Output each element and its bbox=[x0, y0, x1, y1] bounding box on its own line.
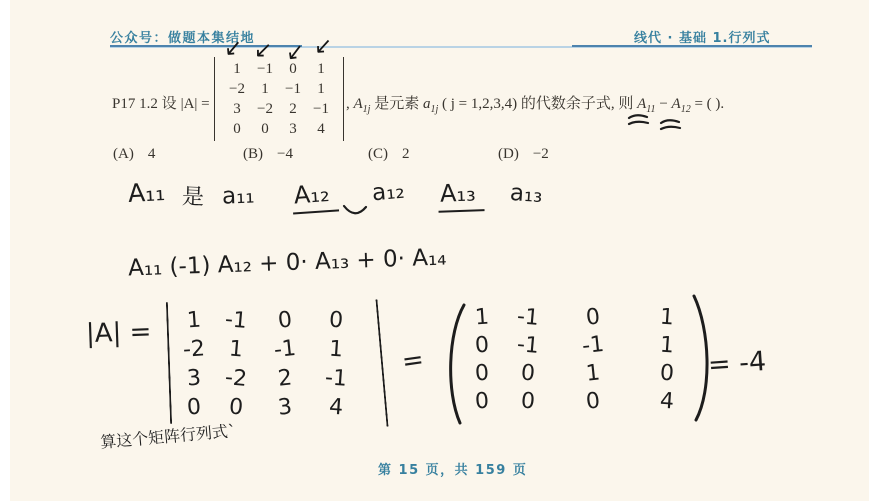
hand-matrix-right: 1 -1 0 1 0 -1 -1 1 0 0 1 0 0 0 0 4 bbox=[462, 303, 702, 415]
problem-label: P17 1.2 设|A| = bbox=[112, 92, 210, 113]
header-rule-right bbox=[572, 45, 812, 47]
hand-matrix-cell: 0 bbox=[174, 392, 214, 424]
hand-shi: 是 bbox=[181, 180, 204, 212]
double-equal-mark-icon bbox=[658, 117, 682, 133]
hand-a11: a₁₁ bbox=[222, 182, 255, 209]
hand-A13: A₁₃ bbox=[437, 178, 484, 213]
matrix-cell: 0 bbox=[223, 119, 251, 139]
hand-determinant-left: 1 -1 0 0 -2 1 -1 1 3 -2 2 -1 0 0 3 4 bbox=[175, 306, 361, 422]
matrix-cell: −1 bbox=[307, 99, 335, 119]
header-rule-left bbox=[110, 45, 302, 47]
matrix-cell: 4 bbox=[307, 119, 335, 139]
matrix-cell: 1 bbox=[307, 79, 335, 99]
hand-matrix-cell: 4 bbox=[310, 391, 362, 423]
hand-a12: a₁₂ bbox=[371, 178, 406, 207]
hand-matrix-cell: 0 bbox=[310, 304, 362, 336]
workbook-page: 公众号：做题本集结地 线代 · 基础 1.行列式 P17 1.2 设|A| = … bbox=[0, 0, 879, 501]
hand-arrow-icon: ↙ bbox=[254, 38, 272, 63]
matrix-cell: 2 bbox=[279, 99, 307, 119]
hand-arrow-icon: ↙ bbox=[313, 34, 333, 60]
hand-matrix-cell: -2 bbox=[212, 362, 260, 395]
det-lhs: |A| = bbox=[181, 96, 210, 112]
matrix-cell: 1 bbox=[251, 79, 279, 99]
option-a: (A)4 bbox=[113, 146, 155, 163]
hand-matrix-cell: 0 bbox=[461, 358, 503, 389]
matrix-cell: 0 bbox=[251, 119, 279, 139]
hand-matrix-cell: 1 bbox=[310, 333, 362, 365]
option-c: (C)2 bbox=[368, 146, 410, 163]
hand-matrix-cell: 1 bbox=[212, 333, 260, 366]
hand-matrix-cell: 0 bbox=[501, 385, 555, 417]
matrix-cell: −2 bbox=[223, 79, 251, 99]
hand-a13: a₁₃ bbox=[509, 180, 543, 208]
option-b: (B)−4 bbox=[243, 146, 293, 163]
matrix-cell: 3 bbox=[223, 99, 251, 119]
hand-matrix-cell: 0 bbox=[461, 330, 503, 361]
printed-determinant: 1 −1 0 1 −2 1 −1 1 3 −2 2 −1 0 0 3 4 bbox=[214, 57, 344, 141]
page-indicator: 第 15 页，共 159 页 bbox=[378, 459, 527, 478]
hand-matrix-cell: 0 bbox=[461, 386, 503, 417]
hand-matrix-cell: -2 bbox=[174, 334, 214, 366]
hand-A12: A₁₂ bbox=[291, 178, 339, 214]
matrix-cell: −1 bbox=[279, 79, 307, 99]
hand-result: = -4 bbox=[707, 346, 767, 381]
hand-arrow-icon: ↙ bbox=[223, 35, 244, 62]
matrix-cell: 1 bbox=[223, 59, 251, 79]
connector-curve-icon bbox=[342, 203, 368, 219]
hand-matrix-cell: 3 bbox=[174, 363, 214, 395]
hand-matrix-cell: 1 bbox=[461, 302, 503, 333]
option-d: (D)−2 bbox=[498, 146, 549, 163]
problem-statement: , A1j 是元素 a1j ( j = 1,2,3,4) 的代数余子式, 则 A… bbox=[346, 92, 724, 115]
hand-matrix-cell: -1 bbox=[310, 362, 362, 394]
matrix-cell: 1 bbox=[307, 59, 335, 79]
hand-matrix-cell: 4 bbox=[631, 385, 703, 418]
header-section-text: 线代 · 基础 1.行列式 bbox=[634, 27, 771, 46]
hand-equals: = bbox=[400, 345, 426, 378]
matrix-cell: 3 bbox=[279, 119, 307, 139]
hand-matrix-cell: -1 bbox=[212, 304, 260, 337]
hand-A11: A₁₁ bbox=[127, 177, 166, 208]
matrix-cell: −2 bbox=[251, 99, 279, 119]
double-equal-mark-icon bbox=[626, 112, 650, 128]
hand-matrix-cell: 3 bbox=[258, 390, 313, 424]
hand-det-lhs: |A| = bbox=[85, 317, 151, 349]
hand-arrow-icon: ↙ bbox=[284, 39, 306, 66]
hand-matrix-cell: 1 bbox=[174, 305, 214, 337]
